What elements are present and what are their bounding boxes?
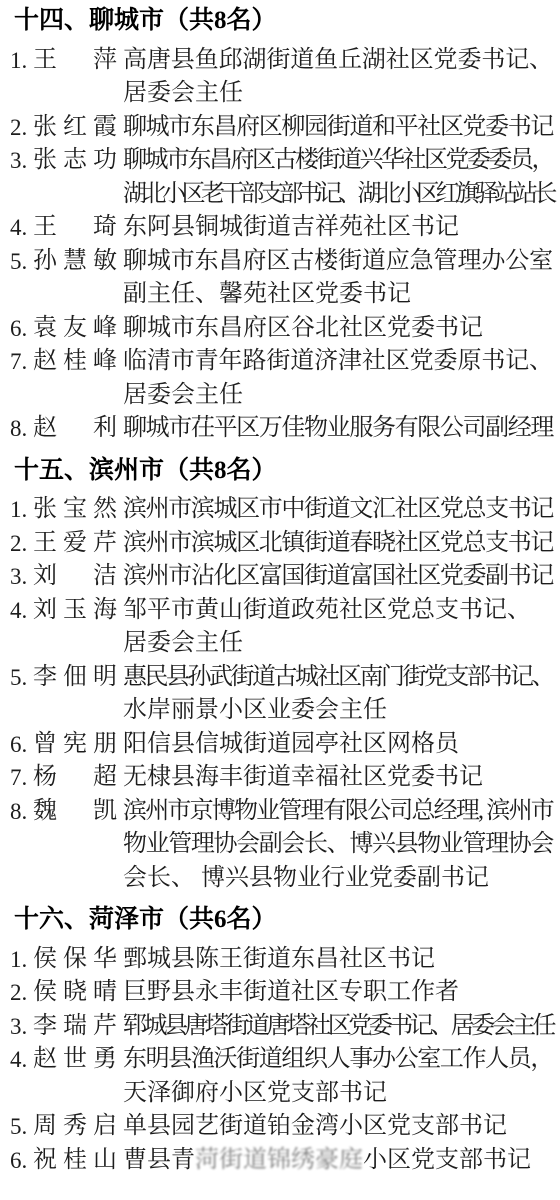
item-name-char: 霞: [93, 111, 117, 145]
desc-line: 副主任、馨苑社区党委书记: [123, 278, 553, 312]
item-name-char: 峰: [93, 312, 117, 346]
item-number: 1.: [10, 493, 33, 527]
item-name-char: 赵: [33, 1043, 57, 1077]
item-name: 刘洁: [33, 560, 117, 594]
section-header: 十五、滨州市（共8名）: [10, 454, 560, 488]
item-name: 王爱芹: [33, 527, 117, 561]
item-description: 临清市青年路街道济津社区党委原书记、居委会主任: [123, 345, 553, 412]
desc-line: 曹县青菏街道锦绣豪庭小区党支部书记: [123, 1144, 553, 1178]
item-name-char: 杨: [33, 761, 57, 795]
section-header: 十四、聊城市（共8名）: [10, 4, 560, 38]
item-number: 8.: [10, 412, 33, 446]
item-description: 鄄城县陈王街道东昌社区书记: [123, 943, 553, 977]
desc-line: 滨州市沾化区富国街道富国社区党委副书记: [123, 560, 553, 594]
item-name-char: 侯: [33, 976, 57, 1010]
item-name: 孙慧敏: [33, 245, 117, 279]
item-name: 张志功: [33, 144, 117, 178]
desc-line: 滨州市滨城区市中街道文汇社区党总支书记: [123, 493, 553, 527]
item-name: 王萍: [33, 44, 117, 78]
desc-line: 居委会主任: [123, 379, 553, 413]
list-item: 1.王萍高唐县鱼邱湖街道鱼丘湖社区党委书记、居委会主任: [10, 44, 560, 111]
item-name-char: 张: [33, 144, 57, 178]
item-number: 4.: [10, 211, 33, 245]
item-name-char: 赵: [33, 412, 57, 446]
smudged-text: 菏街道锦绣豪庭: [195, 1147, 363, 1173]
item-name: 侯保华: [33, 943, 117, 977]
item-name-char: 保: [63, 943, 87, 977]
desc-line: 高唐县鱼邱湖街道鱼丘湖社区党委书记、: [123, 44, 553, 78]
item-name-char: 慧: [63, 245, 87, 279]
item-name-char: 王: [33, 211, 57, 245]
item-name-char: 志: [63, 144, 87, 178]
desc-line: 水岸丽景小区业委会主任: [123, 694, 553, 728]
list-item: 7.杨超无棣县海丰街道幸福社区党委书记: [10, 761, 560, 795]
item-name-char: 刘: [33, 560, 57, 594]
item-description: 聊城市东昌府区柳园街道和平社区党委书记: [123, 111, 553, 145]
item-name-char: 洁: [93, 560, 117, 594]
desc-line: 邹平市黄山街道政苑社区党总支书记、: [123, 594, 553, 628]
item-name-char: 萍: [93, 44, 117, 78]
desc-line: 居委会主任: [123, 77, 553, 111]
desc-line: 会长、 博兴县物业行业党委副书记: [123, 862, 553, 896]
item-number: 4.: [10, 1043, 33, 1077]
text-part: 曹县青: [123, 1147, 195, 1173]
item-name-char: 晓: [63, 976, 87, 1010]
item-description: 阳信县信城街道园亭社区网格员: [123, 728, 553, 762]
item-name-char: 峰: [93, 345, 117, 379]
item-name-char: 凯: [93, 795, 117, 829]
item-name: 侯晓晴: [33, 976, 117, 1010]
item-name: 刘玉海: [33, 594, 117, 628]
desc-line: 单县园艺街道铂金湾小区党支部书记: [123, 1110, 553, 1144]
item-name-char: 王: [33, 44, 57, 78]
item-number: 2.: [10, 111, 33, 145]
item-name-char: 祝: [33, 1144, 57, 1178]
item-description: 滨州市京博物业管理有限公司总经理, 滨州市物业管理协会副会长、博兴县物业管理协会…: [123, 795, 553, 896]
list-item: 4.赵世勇东明县渔沃街道组织人事办公室工作人员，天泽御府小区党支部书记: [10, 1043, 560, 1110]
item-name-char: 芹: [93, 1010, 117, 1044]
item-number: 5.: [10, 1110, 33, 1144]
item-name: 杨超: [33, 761, 117, 795]
desc-line: 聊城市东昌府区古楼街道兴华社区党委委员，: [123, 144, 553, 178]
desc-line: 居委会主任: [123, 627, 553, 661]
list-item: 5.李佃明惠民县孙武街道古城社区南门街党支部书记、水岸丽景小区业委会主任: [10, 661, 560, 728]
item-name-char: 朋: [93, 728, 117, 762]
list-item: 5.周秀启单县园艺街道铂金湾小区党支部书记: [10, 1110, 560, 1144]
list-item: 2.王爱芹滨州市滨城区北镇街道春晓社区党总支书记: [10, 527, 560, 561]
desc-line: 阳信县信城街道园亭社区网格员: [123, 728, 553, 762]
item-name-char: 张: [33, 111, 57, 145]
desc-line: 滨州市京博物业管理有限公司总经理, 滨州市: [123, 795, 553, 829]
item-number: 3.: [10, 144, 33, 178]
item-name-char: 李: [33, 661, 57, 695]
item-name-char: 袁: [33, 312, 57, 346]
item-name-char: 启: [93, 1110, 117, 1144]
item-description: 聊城市东昌府区古楼街道应急管理办公室副主任、馨苑社区党委书记: [123, 245, 553, 312]
item-name: 张宝然: [33, 493, 117, 527]
item-number: 2.: [10, 527, 33, 561]
item-number: 4.: [10, 594, 33, 628]
text-part: 小区党支部书记: [363, 1147, 531, 1173]
list-item: 6.袁友峰聊城市东昌府区谷北社区党委书记: [10, 312, 560, 346]
desc-line: 滨州市滨城区北镇街道春晓社区党总支书记: [123, 527, 553, 561]
list-item: 4.王琦东阿县铜城街道吉祥苑社区书记: [10, 211, 560, 245]
item-name: 曾宪朋: [33, 728, 117, 762]
item-name-char: 爱: [63, 527, 87, 561]
item-name-char: 王: [33, 527, 57, 561]
item-name-char: 红: [63, 111, 87, 145]
item-number: 5.: [10, 661, 33, 695]
item-name-char: 友: [63, 312, 87, 346]
item-description: 郓城县唐塔街道唐塔社区党委书记、居委会主任: [123, 1010, 553, 1044]
item-number: 1.: [10, 44, 33, 78]
item-description: 滨州市滨城区市中街道文汇社区党总支书记: [123, 493, 553, 527]
item-name-char: 侯: [33, 943, 57, 977]
item-name-char: 然: [93, 493, 117, 527]
item-name-char: 华: [93, 943, 117, 977]
item-name-char: 佃: [63, 661, 87, 695]
item-name-char: 刘: [33, 594, 57, 628]
desc-line: 巨野县永丰街道社区专职工作者: [123, 976, 553, 1010]
item-name: 赵桂峰: [33, 345, 117, 379]
desc-line: 无棣县海丰街道幸福社区党委书记: [123, 761, 553, 795]
list-item: 1.张宝然滨州市滨城区市中街道文汇社区党总支书记: [10, 493, 560, 527]
item-number: 1.: [10, 943, 33, 977]
list-item: 2.张红霞聊城市东昌府区柳园街道和平社区党委书记: [10, 111, 560, 145]
desc-line: 聊城市东昌府区柳园街道和平社区党委书记: [123, 111, 553, 145]
item-name-char: 琦: [93, 211, 117, 245]
desc-line: 郓城县唐塔街道唐塔社区党委书记、居委会主任: [123, 1010, 553, 1044]
item-name-char: 玉: [63, 594, 87, 628]
item-name: 赵利: [33, 412, 117, 446]
list-item: 8.魏凯滨州市京博物业管理有限公司总经理, 滨州市物业管理协会副会长、博兴县物业…: [10, 795, 560, 896]
item-number: 8.: [10, 795, 33, 829]
desc-line: 鄄城县陈王街道东昌社区书记: [123, 943, 553, 977]
item-number: 2.: [10, 976, 33, 1010]
item-name-char: 孙: [33, 245, 57, 279]
item-name-char: 瑞: [63, 1010, 87, 1044]
item-name: 袁友峰: [33, 312, 117, 346]
item-name-char: 勇: [93, 1043, 117, 1077]
list-item: 6.祝桂山曹县青菏街道锦绣豪庭小区党支部书记: [10, 1144, 560, 1178]
item-description: 巨野县永丰街道社区专职工作者: [123, 976, 553, 1010]
list-item: 3.刘洁滨州市沾化区富国街道富国社区党委副书记: [10, 560, 560, 594]
document: 十四、聊城市（共8名）1.王萍高唐县鱼邱湖街道鱼丘湖社区党委书记、居委会主任2.…: [0, 0, 560, 1177]
item-number: 7.: [10, 345, 33, 379]
item-name: 李佃明: [33, 661, 117, 695]
item-name-char: 宝: [63, 493, 87, 527]
list-item: 4.刘玉海邹平市黄山街道政苑社区党总支书记、居委会主任: [10, 594, 560, 661]
item-description: 无棣县海丰街道幸福社区党委书记: [123, 761, 553, 795]
item-number: 6.: [10, 728, 33, 762]
item-name-char: 世: [63, 1043, 87, 1077]
item-description: 聊城市东昌府区古楼街道兴华社区党委委员，湖北小区老干部支部书记、湖北小区红旗驿站…: [123, 144, 553, 211]
item-description: 聊城市茌平区万佳物业服务有限公司副经理: [123, 412, 553, 446]
desc-line: 物业管理协会副会长、博兴县物业管理协会: [123, 828, 553, 862]
desc-line: 湖北小区老干部支部书记、湖北小区红旗驿站站长: [123, 178, 553, 212]
desc-line: 聊城市东昌府区谷北社区党委书记: [123, 312, 553, 346]
list-item: 3.张志功聊城市东昌府区古楼街道兴华社区党委委员，湖北小区老干部支部书记、湖北小…: [10, 144, 560, 211]
item-name: 李瑞芹: [33, 1010, 117, 1044]
item-name: 周秀启: [33, 1110, 117, 1144]
item-name-char: 芹: [93, 527, 117, 561]
item-name: 张红霞: [33, 111, 117, 145]
item-name-char: 魏: [33, 795, 57, 829]
item-description: 邹平市黄山街道政苑社区党总支书记、居委会主任: [123, 594, 553, 661]
item-name-char: 功: [93, 144, 117, 178]
list-item: 8.赵利聊城市茌平区万佳物业服务有限公司副经理: [10, 412, 560, 446]
item-description: 东阿县铜城街道吉祥苑社区书记: [123, 211, 553, 245]
item-number: 7.: [10, 761, 33, 795]
item-description: 高唐县鱼邱湖街道鱼丘湖社区党委书记、居委会主任: [123, 44, 553, 111]
desc-line: 东阿县铜城街道吉祥苑社区书记: [123, 211, 553, 245]
item-name-char: 超: [93, 761, 117, 795]
item-name-char: 海: [93, 594, 117, 628]
list-item: 3.李瑞芹郓城县唐塔街道唐塔社区党委书记、居委会主任: [10, 1010, 560, 1044]
item-name-char: 曾: [33, 728, 57, 762]
item-name-char: 赵: [33, 345, 57, 379]
list-item: 1.侯保华鄄城县陈王街道东昌社区书记: [10, 943, 560, 977]
item-name-char: 李: [33, 1010, 57, 1044]
item-number: 3.: [10, 1010, 33, 1044]
item-name-char: 桂: [63, 1144, 87, 1178]
item-description: 曹县青菏街道锦绣豪庭小区党支部书记: [123, 1144, 553, 1178]
item-description: 滨州市沾化区富国街道富国社区党委副书记: [123, 560, 553, 594]
item-number: 6.: [10, 1144, 33, 1178]
item-description: 东明县渔沃街道组织人事办公室工作人员，天泽御府小区党支部书记: [123, 1043, 553, 1110]
item-name-char: 利: [93, 412, 117, 446]
desc-line: 临清市青年路街道济津社区党委原书记、: [123, 345, 553, 379]
list-item: 2.侯晓晴巨野县永丰街道社区专职工作者: [10, 976, 560, 1010]
desc-line: 聊城市茌平区万佳物业服务有限公司副经理: [123, 412, 553, 446]
list-item: 7.赵桂峰临清市青年路街道济津社区党委原书记、居委会主任: [10, 345, 560, 412]
desc-line: 惠民县孙武街道古城社区南门街党支部书记、: [123, 661, 553, 695]
item-description: 单县园艺街道铂金湾小区党支部书记: [123, 1110, 553, 1144]
item-name-char: 秀: [63, 1110, 87, 1144]
item-number: 5.: [10, 245, 33, 279]
desc-line: 聊城市东昌府区古楼街道应急管理办公室: [123, 245, 553, 279]
item-name: 赵世勇: [33, 1043, 117, 1077]
item-name: 魏凯: [33, 795, 117, 829]
item-name-char: 明: [93, 661, 117, 695]
item-name-char: 张: [33, 493, 57, 527]
item-name-char: 宪: [63, 728, 87, 762]
item-name: 祝桂山: [33, 1144, 117, 1178]
item-number: 3.: [10, 560, 33, 594]
item-name-char: 山: [93, 1144, 117, 1178]
item-name-char: 桂: [63, 345, 87, 379]
desc-line: 东明县渔沃街道组织人事办公室工作人员，: [123, 1043, 553, 1077]
item-name-char: 周: [33, 1110, 57, 1144]
item-name: 王琦: [33, 211, 117, 245]
section-header: 十六、菏泽市（共6名）: [10, 903, 560, 937]
item-description: 滨州市滨城区北镇街道春晓社区党总支书记: [123, 527, 553, 561]
list-item: 6.曾宪朋阳信县信城街道园亭社区网格员: [10, 728, 560, 762]
item-number: 6.: [10, 312, 33, 346]
item-name-char: 敏: [93, 245, 117, 279]
list-item: 5.孙慧敏聊城市东昌府区古楼街道应急管理办公室副主任、馨苑社区党委书记: [10, 245, 560, 312]
item-description: 聊城市东昌府区谷北社区党委书记: [123, 312, 553, 346]
desc-line: 天泽御府小区党支部书记: [123, 1077, 553, 1111]
item-description: 惠民县孙武街道古城社区南门街党支部书记、水岸丽景小区业委会主任: [123, 661, 553, 728]
item-name-char: 晴: [93, 976, 117, 1010]
